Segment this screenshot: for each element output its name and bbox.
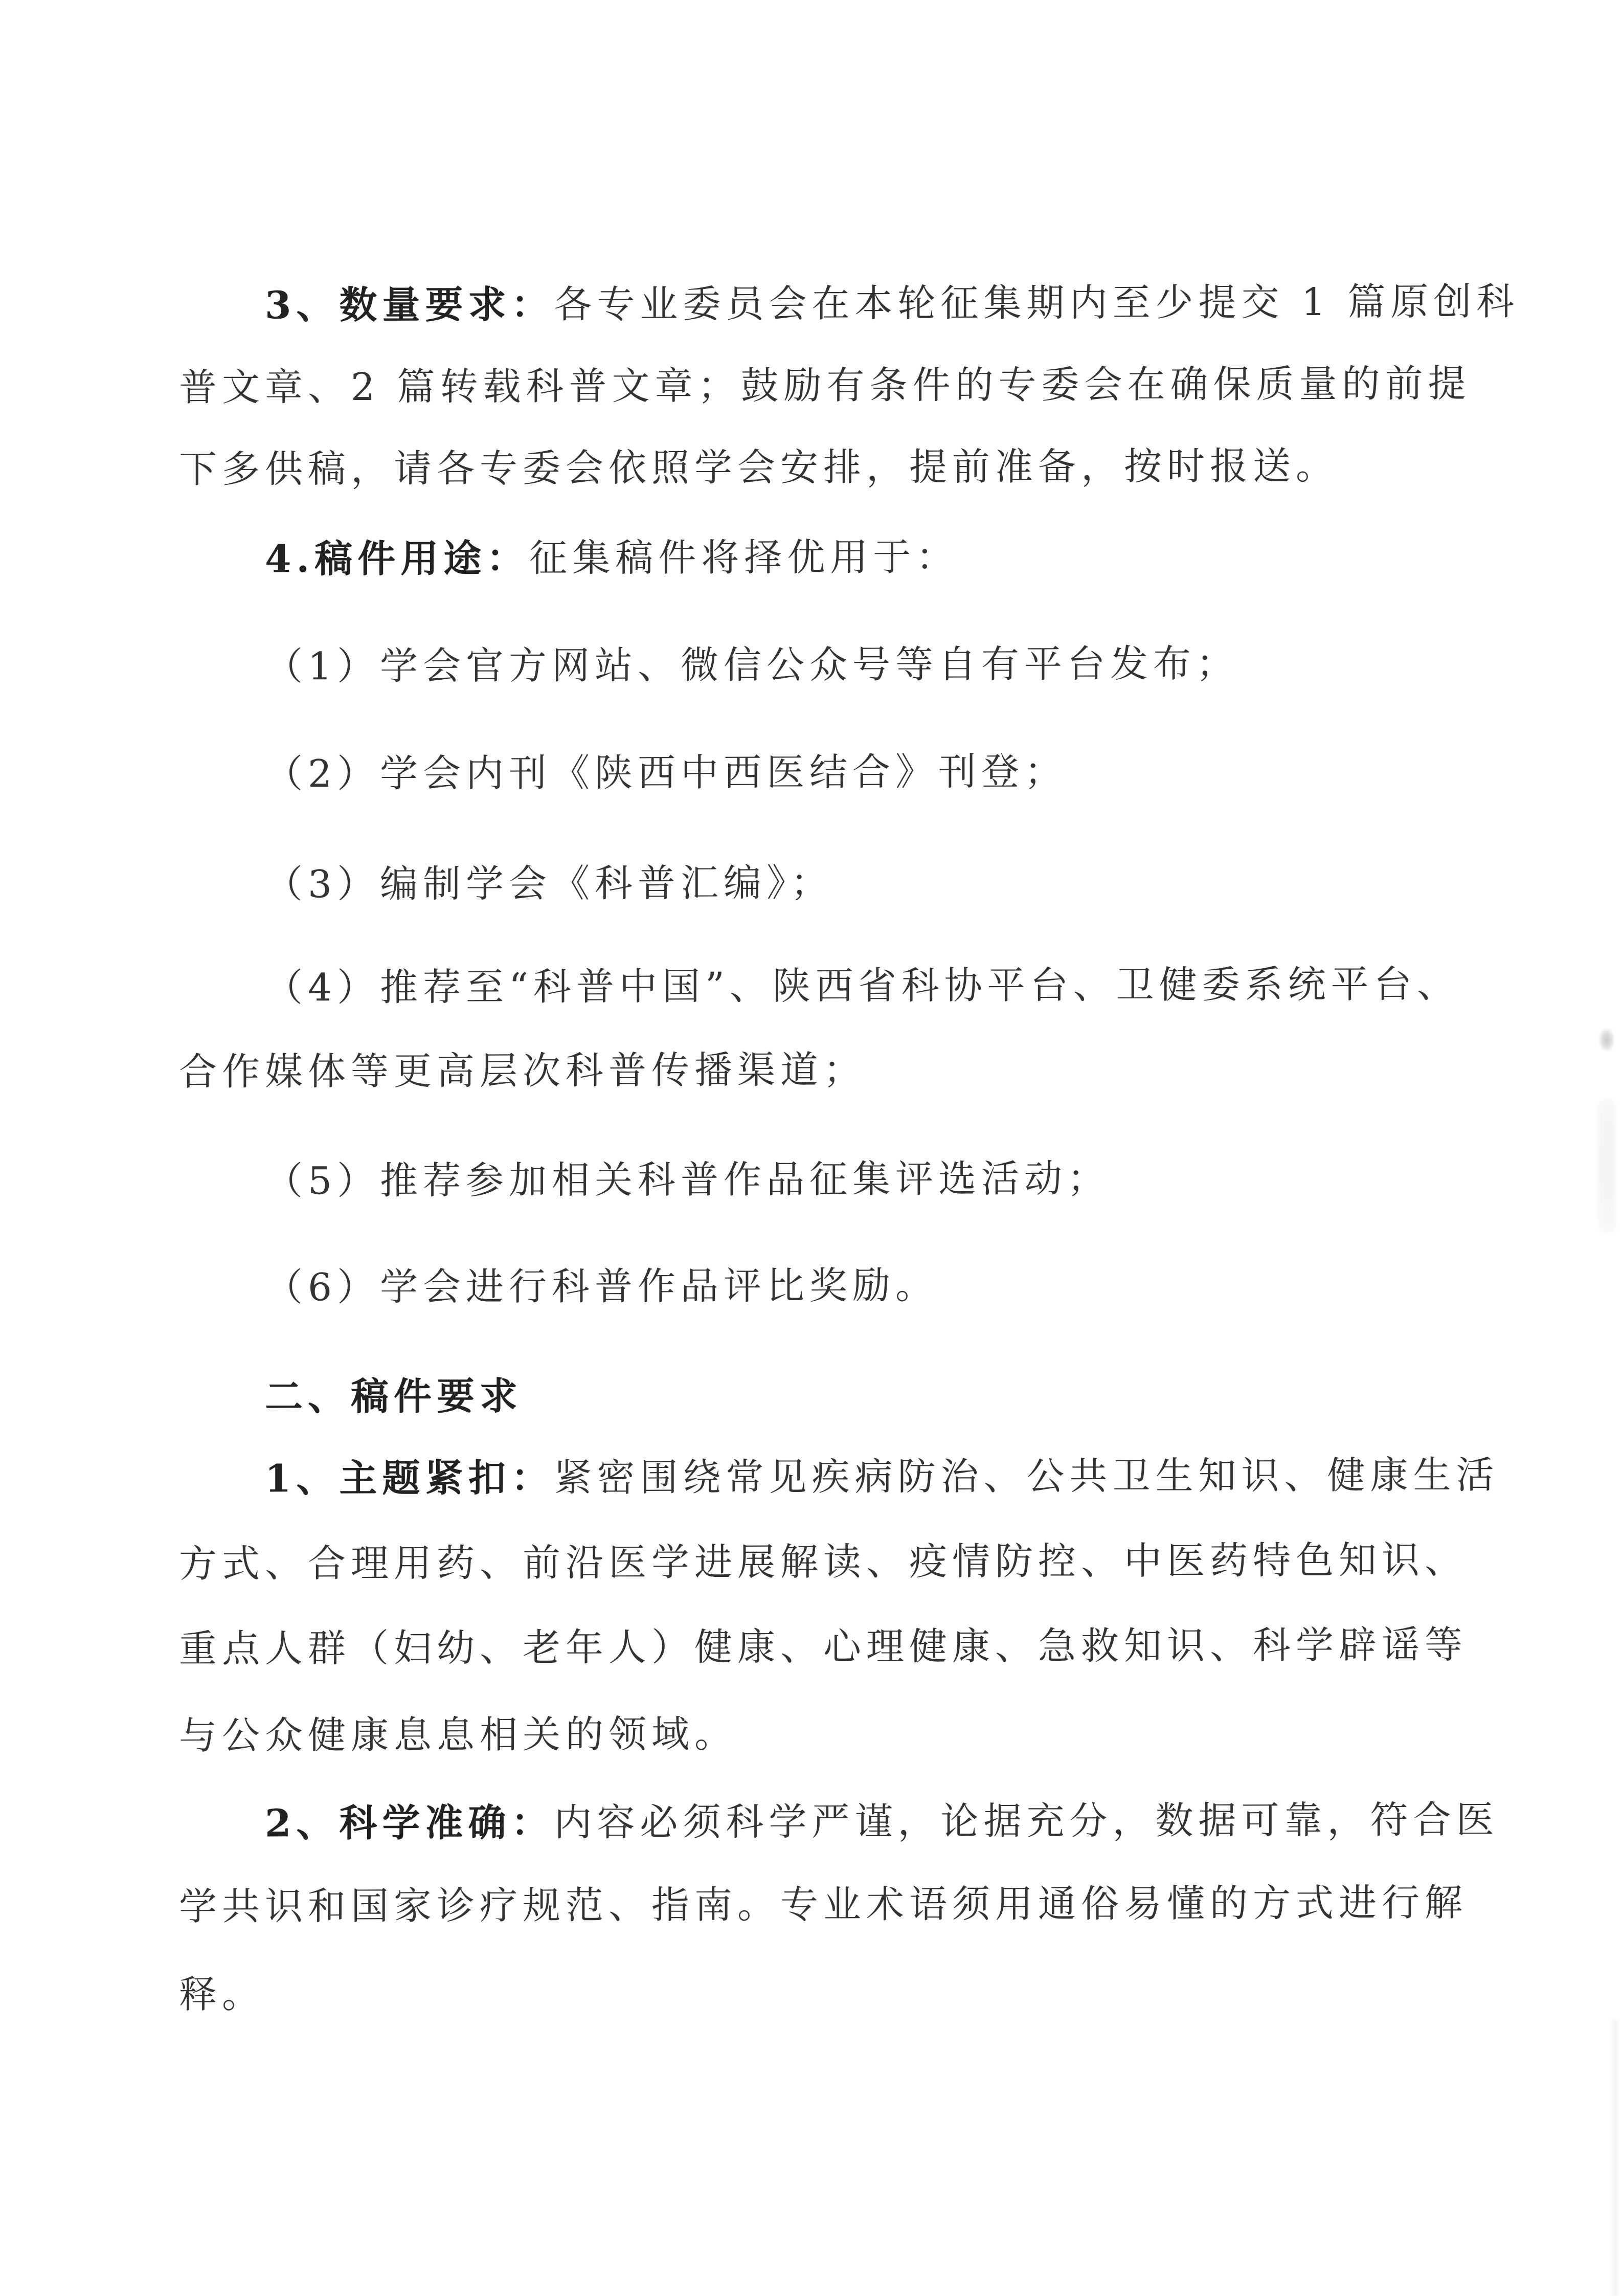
paragraph-text: 紧密围绕常见疾病防治、公共卫生知识、健康生活 [554,1453,1499,1500]
text-line: 下多供稿，请各专委会依照学会安排，提前准备，按时报送。 [179,444,1468,494]
list-item: （5）推荐参加相关科普作品征集评选活动； [179,1156,1553,1206]
document-body: 3、数量要求：各专业委员会在本轮征集期内至少提交 1 篇原创科 普文章、2 篇转… [0,0,1623,2296]
list-item: （1）学会官方网站、微信公众号等自有平台发布； [179,641,1553,692]
paragraph-heading: 4.稿件用途： [265,537,529,582]
list-item: （6）学会进行科普作品评比奖励。 [179,1262,1553,1312]
paragraph-text: 合作媒体等更高层次科普传播渠道； [179,1048,866,1094]
paragraph-text: 下多供稿，请各专委会依照学会安排，提前准备，按时报送。 [179,444,1339,492]
paragraph-text: （6）学会进行科普作品评比奖励。 [265,1263,938,1309]
scanned-document-page: 3、数量要求：各专业委员会在本轮征集期内至少提交 1 篇原创科 普文章、2 篇转… [0,0,1623,2296]
paragraph-text: 各专业委员会在本轮征集期内至少提交 1 篇原创科 [554,280,1520,327]
paragraph-text: 普文章、2 篇转载科普文章；鼓励有条件的专委会在确保质量的前提 [179,362,1471,410]
text-line: 1、主题紧扣：紧密围绕常见疾病防治、公共卫生知识、健康生活 [179,1454,1553,1504]
paragraph-text: 学共识和国家诊疗规范、指南。专业术语须用通俗易懂的方式进行解 [179,1881,1468,1929]
text-line: 方式、合理用药、前沿医学进展解读、疫情防控、中医药特色知识、 [179,1539,1468,1589]
paragraph-text: （1）学会官方网站、微信公众号等自有平台发布； [265,641,1239,688]
paragraph-text: （4）推荐至“科普中国”、陕西省科协平台、卫健委系统平台、 [265,962,1460,1010]
paragraph-text: （5）推荐参加相关科普作品征集评选活动； [265,1156,1110,1203]
paragraph-text: 征集稿件将择优用于： [529,535,959,581]
paragraph-text: （3）编制学会《科普汇编》； [265,861,833,906]
paragraph-text: 释。 [179,1972,265,2017]
text-line: 合作媒体等更高层次科普传播渠道； [179,1046,1468,1097]
paragraph-text: 与公众健康息息相关的领域。 [179,1712,737,1758]
text-line: 普文章、2 篇转载科普文章；鼓励有条件的专委会在确保质量的前提 [179,362,1468,412]
list-item: （3）编制学会《科普汇编》； [179,859,1553,909]
list-item: （4）推荐至“科普中国”、陕西省科协平台、卫健委系统平台、 [179,963,1553,1013]
paragraph-text: 内容必须科学严谨，论据充分，数据可靠，符合医 [554,1798,1499,1845]
text-line: 重点人群（妇幼、老年人）健康、心理健康、急救知识、科学辟谣等 [179,1623,1468,1674]
list-item: （2）学会内刊《陕西中西医结合》刊登； [179,749,1553,799]
paragraph-heading: 3、数量要求： [265,283,554,328]
paragraph-text: 重点人群（妇幼、老年人）健康、心理健康、急救知识、科学辟谣等 [179,1623,1468,1671]
paragraph-heading: 1、主题紧扣： [265,1456,554,1501]
paragraph-text: （2）学会内刊《陕西中西医结合》刊登； [265,750,1067,796]
text-line: 与公众健康息息相关的领域。 [179,1710,1468,1760]
text-line: 学共识和国家诊疗规范、指南。专业术语须用通俗易懂的方式进行解 [179,1881,1468,1931]
text-line: 2、科学准确：内容必须科学严谨，论据充分，数据可靠，符合医 [179,1798,1553,1848]
text-line: 4.稿件用途：征集稿件将择优用于： [179,534,1553,584]
paragraph-heading: 2、科学准确： [265,1801,554,1846]
paragraph-text: 方式、合理用药、前沿医学进展解读、疫情防控、中医药特色知识、 [179,1538,1468,1586]
text-line: 3、数量要求：各专业委员会在本轮征集期内至少提交 1 篇原创科 [179,280,1553,330]
text-line: 释。 [179,1969,1468,2019]
section-heading-text: 二、稿件要求 [265,1374,523,1419]
section-heading: 二、稿件要求 [179,1372,1553,1422]
